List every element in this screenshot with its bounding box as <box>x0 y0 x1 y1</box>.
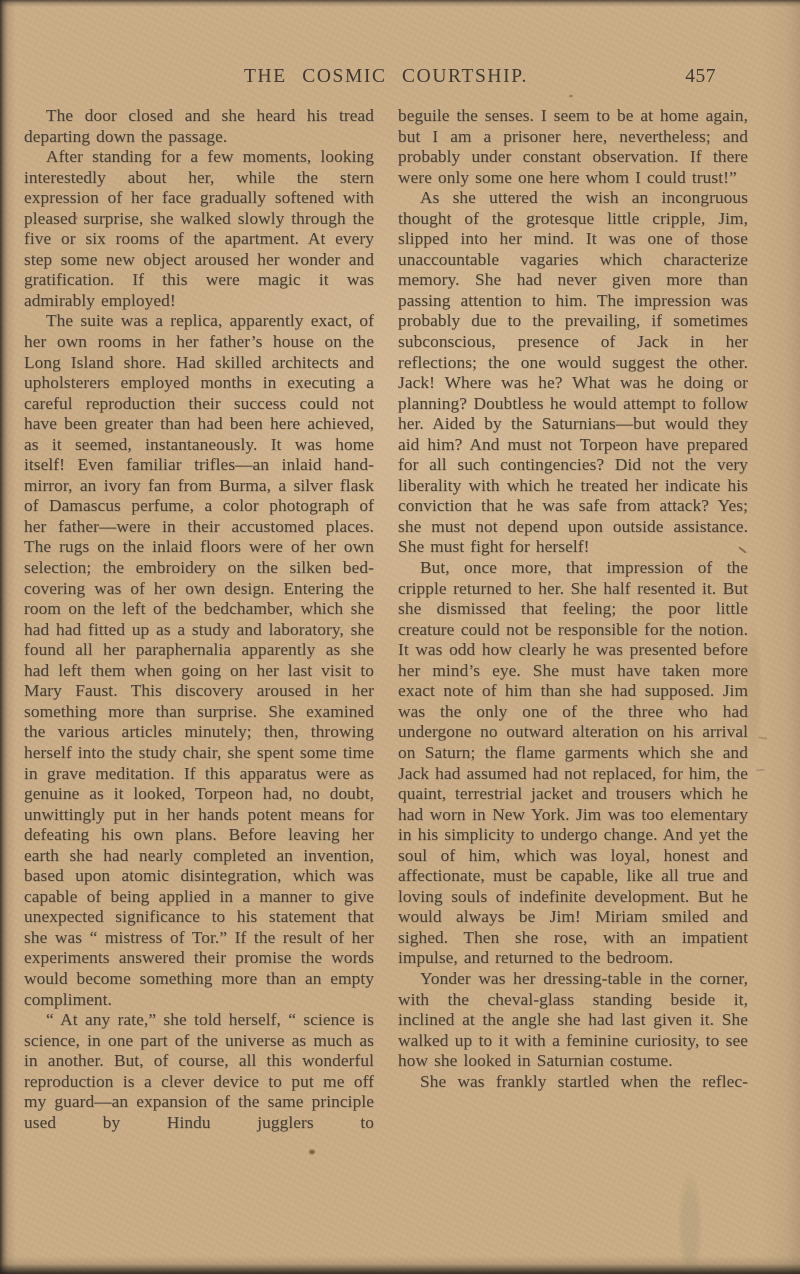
page-number: 457 <box>685 66 716 88</box>
paragraph-continuation: beguile the senses. I seem to be at home… <box>398 106 748 188</box>
book-page-scan: THE COSMIC COURTSHIP. 457 The door close… <box>0 0 800 1274</box>
text-columns: The door closed and she heard his tread … <box>24 106 748 1133</box>
paragraph: “ At any rate,” she told herself, “ scie… <box>24 1010 374 1133</box>
margin-pen-mark <box>758 736 767 739</box>
page-title: THE COSMIC COURTSHIP. <box>24 66 748 88</box>
paragraph: After standing for a few moments, lookin… <box>24 147 374 311</box>
paragraph: As she uttered the wish an incongruous t… <box>398 188 748 558</box>
paragraph: The door closed and she heard his tread … <box>24 106 374 147</box>
left-column: The door closed and she heard his tread … <box>24 106 374 1133</box>
margin-pen-mark <box>756 769 765 772</box>
paragraph: The suite was a replica, apparently exac… <box>24 311 374 1010</box>
right-column: beguile the senses. I seem to be at home… <box>398 106 748 1133</box>
paragraph: Yonder was her dressing-table in the cor… <box>398 969 748 1072</box>
paragraph: She was frankly startled when the reflec… <box>398 1072 748 1093</box>
running-head: THE COSMIC COURTSHIP. 457 <box>24 66 748 92</box>
paragraph: But, once more, that impression of the c… <box>398 558 748 969</box>
